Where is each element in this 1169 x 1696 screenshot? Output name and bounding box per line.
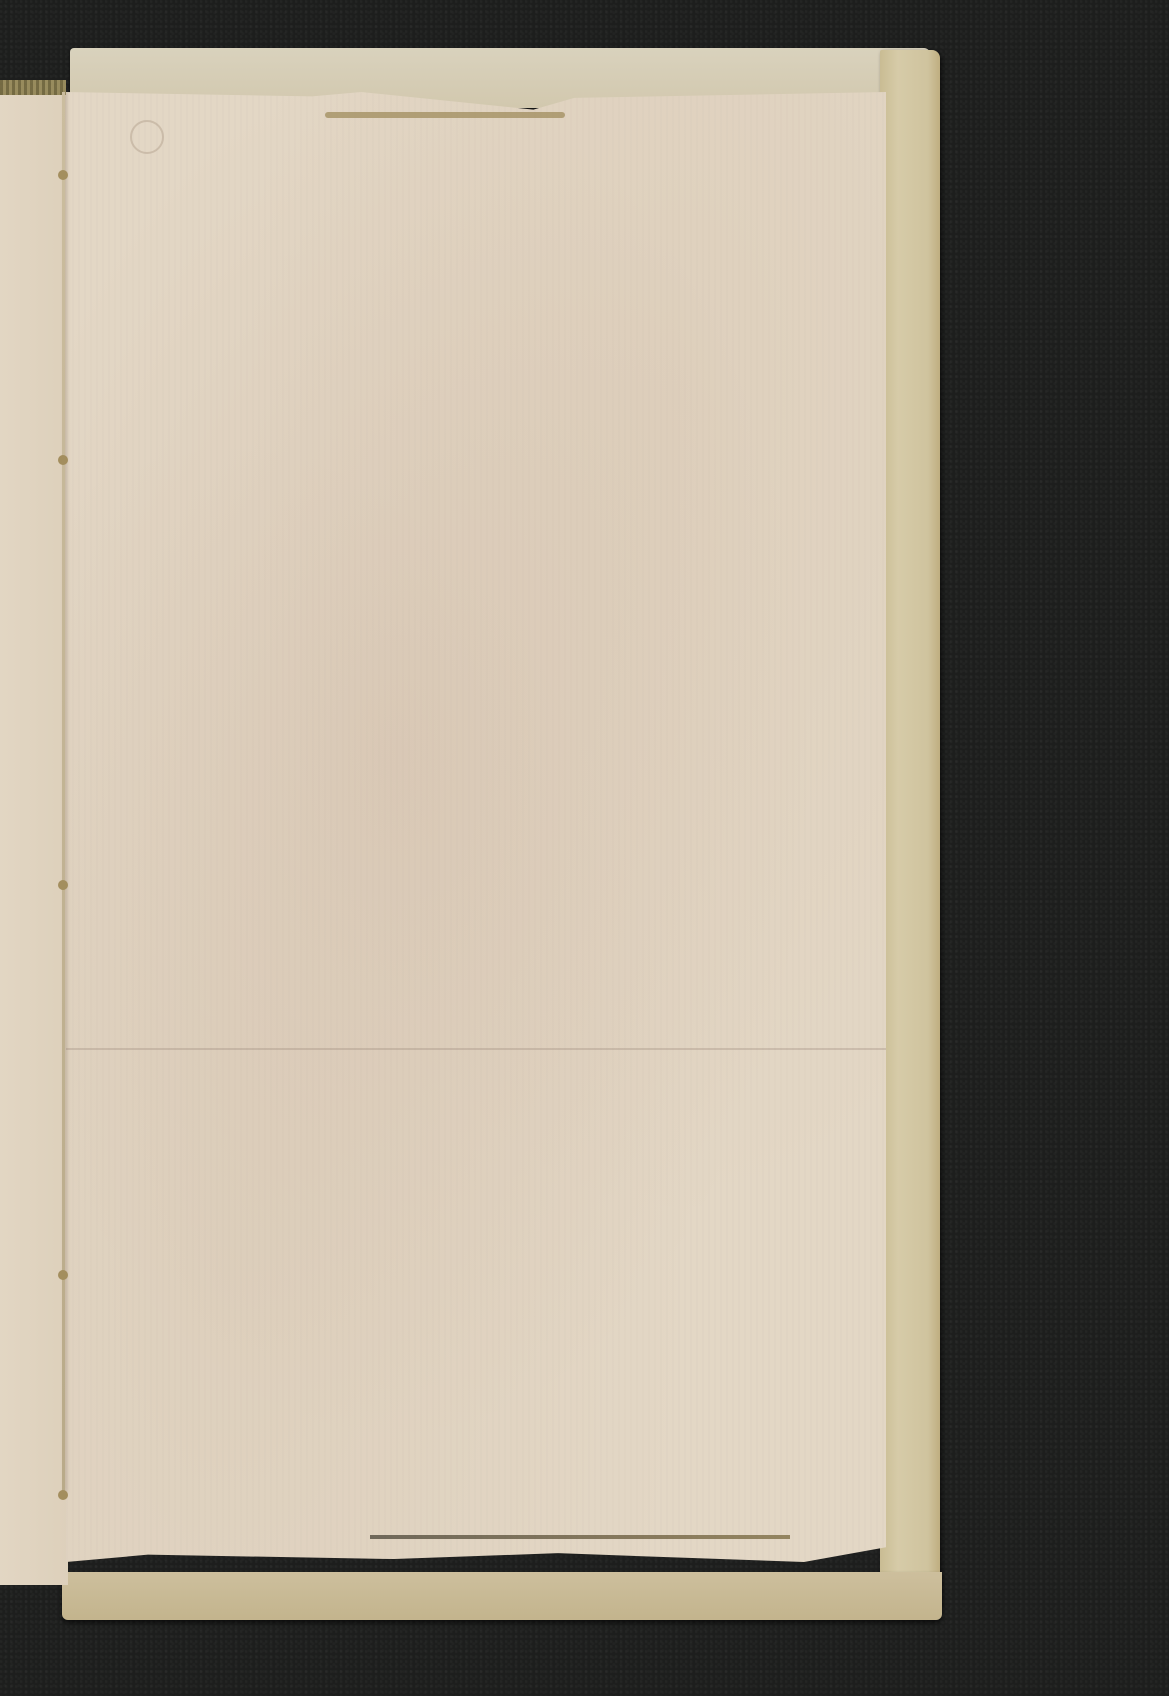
- page-fold-line: [66, 1048, 886, 1050]
- top-edge-tear: [325, 112, 565, 118]
- stitch-knot: [58, 880, 68, 890]
- headband: [0, 80, 66, 96]
- bottom-edge-tear: [370, 1535, 790, 1539]
- faint-stamp-mark: [130, 120, 164, 154]
- book-photograph: [0, 0, 1169, 1696]
- facing-leaf: [0, 95, 68, 1585]
- blank-endpaper: [66, 92, 886, 1562]
- spine-stitching: [62, 92, 65, 1492]
- stitch-knot: [58, 455, 68, 465]
- stitch-knot: [58, 170, 68, 180]
- stitch-knot: [58, 1270, 68, 1280]
- stitch-knot: [58, 1490, 68, 1500]
- vellum-cover-right-edge: [880, 50, 940, 1610]
- vellum-cover-bottom-edge: [62, 1572, 942, 1620]
